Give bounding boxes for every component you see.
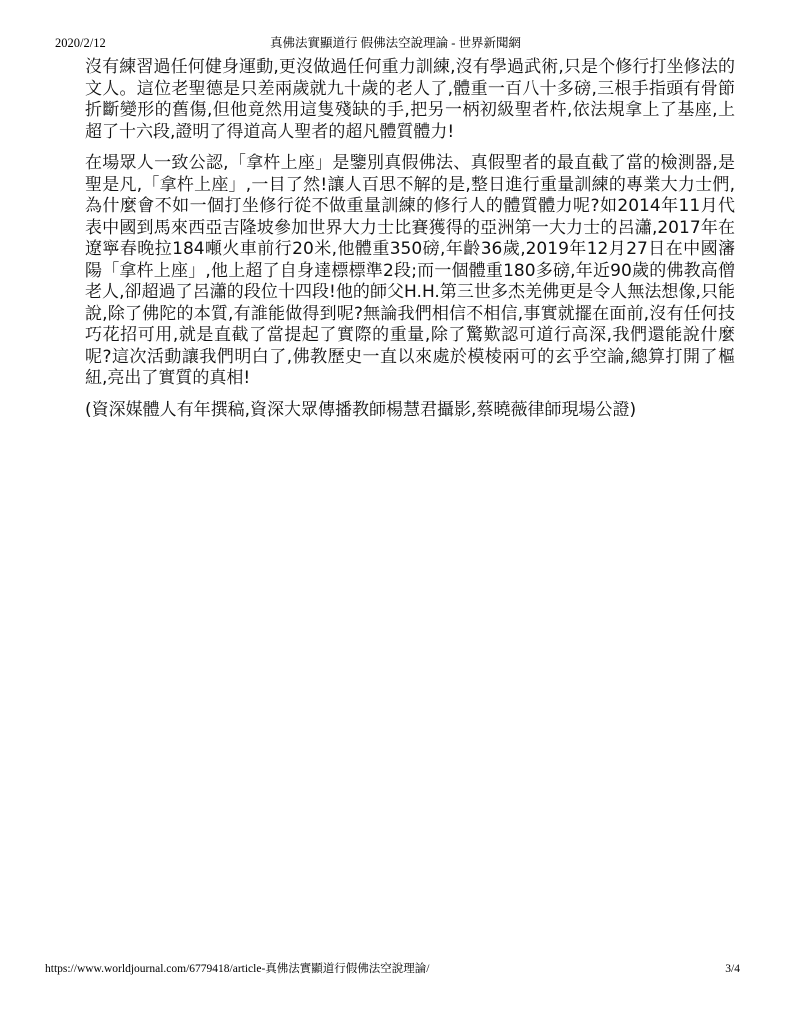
document-title: 真佛法實顯道行 假佛法空說理論 - 世界新聞網 — [55, 35, 736, 51]
printed-page: 2020/2/12 真佛法實顯道行 假佛法空說理論 - 世界新聞網 沒有練習過任… — [0, 0, 791, 1024]
source-url: https://www.worldjournal.com/6779418/art… — [45, 962, 429, 977]
article-paragraph: 沒有練習過任何健身運動,更沒做過任何重力訓練,沒有學過武術,只是个修行打坐修法的… — [85, 57, 735, 143]
article-credits-paragraph: (資深媒體人有年撰稿,資深大眾傳播教師楊慧君攝影,蔡曉薇律師現場公證) — [85, 400, 735, 422]
page-number: 3/4 — [725, 962, 740, 977]
article-paragraph: 在場眾人一致公認,「拿杵上座」是鑒別真假佛法、真假聖者的最直截了當的檢測器,是聖… — [85, 153, 735, 390]
print-footer: https://www.worldjournal.com/6779418/art… — [45, 962, 740, 977]
article-body: 沒有練習過任何健身運動,更沒做過任何重力訓練,沒有學過武術,只是个修行打坐修法的… — [85, 57, 735, 431]
print-header: 2020/2/12 真佛法實顯道行 假佛法空說理論 - 世界新聞網 — [55, 35, 736, 51]
